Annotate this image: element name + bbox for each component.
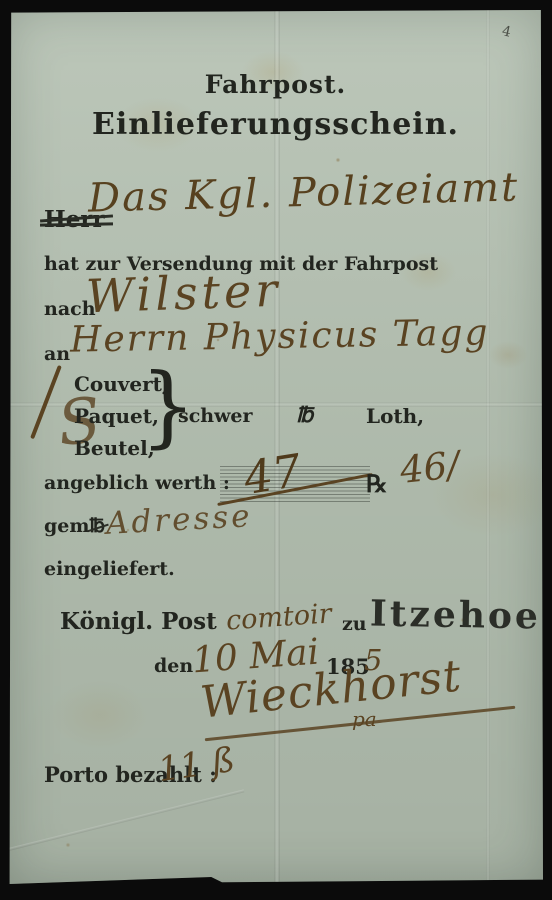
recipient-handwriting: Herrn Physicus Tagg xyxy=(70,312,490,360)
form-title-fahrpost: Fahrpost. xyxy=(8,70,543,99)
form-title-einlieferungsschein: Einlieferungsschein. xyxy=(8,107,543,142)
loth-label: Loth, xyxy=(366,404,424,428)
gem-note-handwriting: Adresse xyxy=(105,498,253,542)
scanned-photo: Fahrpost. Einlieferungsschein. Herr Das … xyxy=(0,0,552,900)
werth-label: angeblich werth : xyxy=(44,472,230,494)
corner-pencil-mark: 4 xyxy=(500,23,512,41)
porto-value-handwriting: 11 ß xyxy=(156,740,238,790)
sender-handwriting: Das Kgl. Polizeiamt xyxy=(87,164,519,221)
schwer-label: schwer xyxy=(178,405,253,427)
an-label: an xyxy=(44,343,70,365)
currency-symbol: ℞ xyxy=(366,469,388,498)
gem-label: gem℔ xyxy=(44,515,105,537)
gem-text: gem xyxy=(44,515,89,537)
receipt-paper: Fahrpost. Einlieferungsschein. Herr Das … xyxy=(8,10,543,884)
place-stamp-itzehoe: Itzehoe xyxy=(370,593,542,638)
gem-symbol: ℔ xyxy=(89,515,105,537)
destination-handwriting: Wilster xyxy=(85,263,282,324)
eingeliefert-label: eingeliefert. xyxy=(44,558,175,580)
signature-note: pa xyxy=(352,707,377,731)
den-label: den xyxy=(154,655,193,677)
diagonal-crease xyxy=(0,789,244,857)
pound-symbol: ℔ xyxy=(296,402,313,427)
zu-label: zu xyxy=(342,613,367,635)
werth-value2-handwriting: 46/ xyxy=(398,443,462,492)
koenigl-post-label: Königl. Post xyxy=(60,608,217,635)
